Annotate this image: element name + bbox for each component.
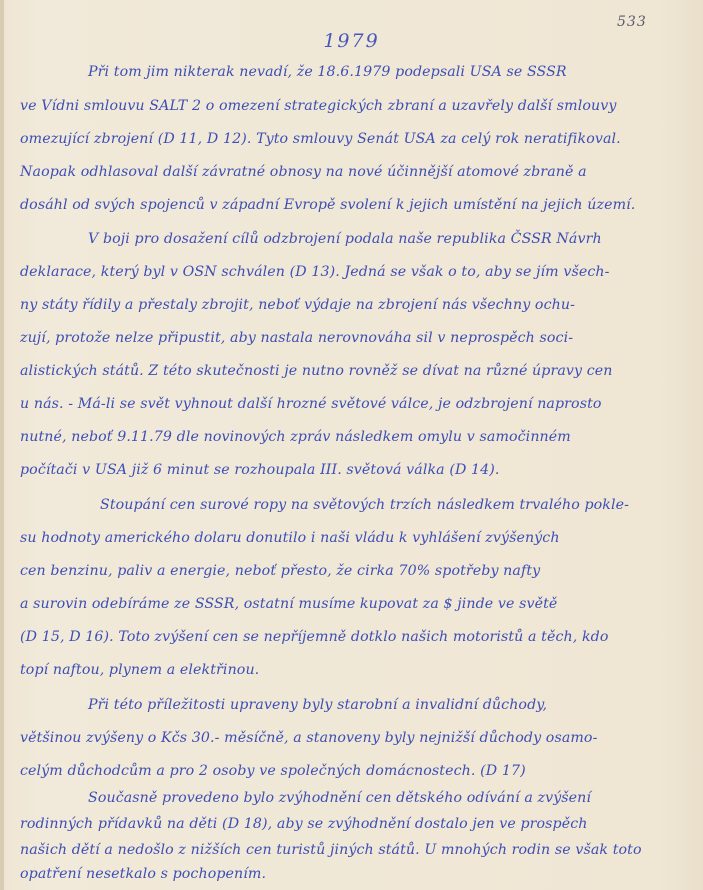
text-line: většinou zvýšeny o Kčs 30.- měsíčně, a s…: [20, 730, 597, 746]
page-number: 533: [617, 14, 647, 30]
text-line: su hodnoty amerického dolaru donutilo i …: [20, 530, 560, 546]
text-line: ve Vídni smlouvu SALT 2 o omezení strate…: [20, 98, 616, 114]
text-line: Současně provedeno bylo zvýhodnění cen d…: [88, 790, 591, 806]
text-line: Při tom jim nikterak nevadí, že 18.6.197…: [88, 64, 567, 80]
text-line: omezující zbrojení (D 11, D 12). Tyto sm…: [20, 131, 621, 147]
text-line: našich dětí a nedošlo z nižších cen turi…: [20, 842, 642, 858]
text-line: dosáhl od svých spojenců v západní Evrop…: [20, 197, 635, 213]
text-line: a surovin odebíráme ze SSSR, ostatní mus…: [20, 596, 557, 612]
text-line: nutné, neboť 9.11.79 dle novinových zprá…: [20, 429, 571, 445]
text-line: (D 15, D 16). Toto zvýšení cen se nepříj…: [20, 629, 609, 645]
text-line: zují, protože nelze připustit, aby nasta…: [20, 330, 573, 346]
text-line: topí naftou, plynem a elektřinou.: [20, 662, 259, 678]
text-line: V boji pro dosažení cílů odzbrojení poda…: [88, 231, 602, 247]
text-line: počítači v USA již 6 minut se rozhoupala…: [20, 462, 500, 478]
text-line: deklarace, který byl v OSN schválen (D 1…: [20, 264, 610, 280]
year-heading: 1979: [0, 30, 703, 52]
text-line: opatření nesetkalo s pochopením.: [20, 866, 266, 882]
text-line: cen benzinu, paliv a energie, neboť přes…: [20, 563, 540, 579]
handwritten-chronicle-page: 533 1979 Při tom jim nikterak nevadí, že…: [0, 0, 703, 890]
text-line: u nás. - Má-li se svět vyhnout další hro…: [20, 396, 602, 412]
text-line: Při této příležitosti upraveny byly star…: [88, 697, 547, 713]
text-line: Stoupání cen surové ropy na světových tr…: [100, 497, 629, 513]
text-line: ny státy řídily a přestaly zbrojit, nebo…: [20, 297, 575, 313]
text-line: Naopak odhlasoval další závratné obnosy …: [20, 164, 587, 180]
text-line: celým důchodcům a pro 2 osoby ve společn…: [20, 763, 526, 779]
text-line: rodinných přídavků na děti (D 18), aby s…: [20, 816, 588, 832]
text-line: alistických států. Z této skutečnosti je…: [20, 363, 613, 379]
